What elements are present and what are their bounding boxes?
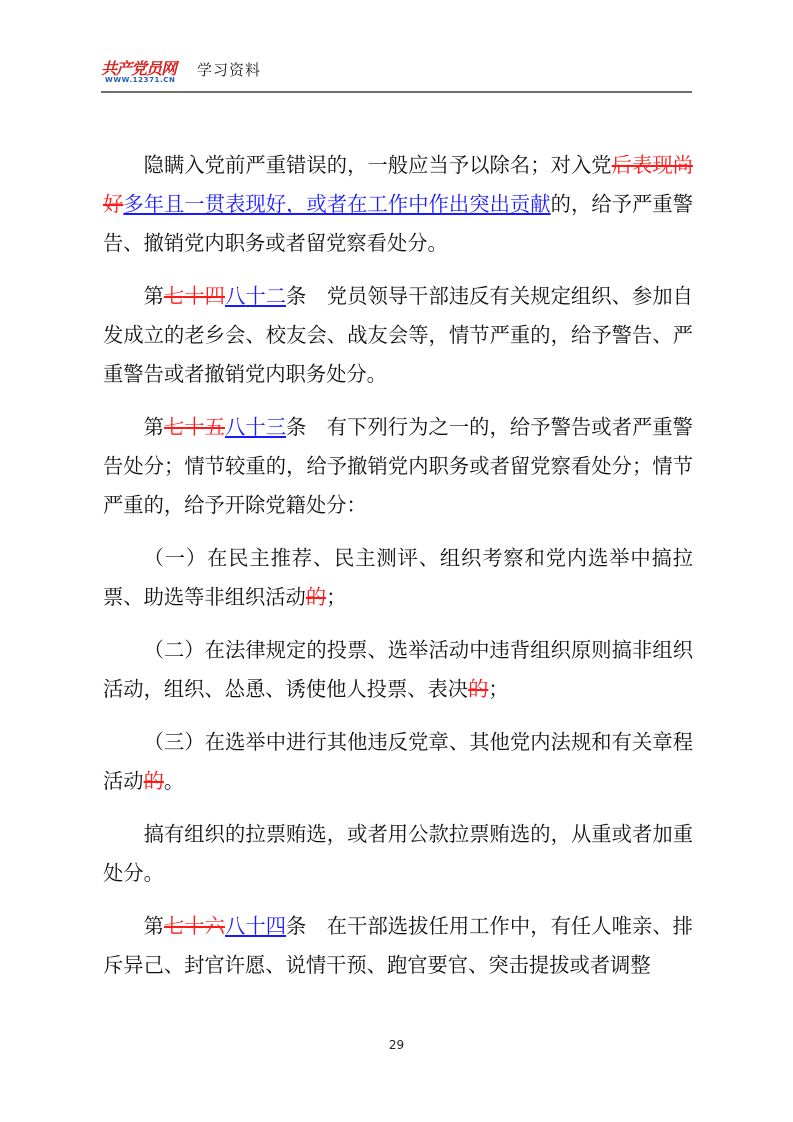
inserted-article-number: 八十三 [225,415,286,439]
deleted-article-number: 七十六 [164,914,225,938]
article-82: 第七十四八十二条 党员领导干部违反有关规定组织、参加自发成立的老乡会、校友会、战… [103,277,693,394]
deleted-article-number: 七十四 [164,284,225,308]
document-body: 隐瞒入党前严重错误的，一般应当予以除名；对入党后表现尚好多年且一贯表现好，或者在… [103,146,693,999]
text-run: ； [326,585,346,609]
text-run: 。 [164,769,184,793]
page-number: 29 [0,1038,793,1052]
text-run: （二）在法律规定的投票、选举活动中违背组织原则搞非组织活动，组织、怂恿、诱使他人… [103,638,693,701]
deleted-text: 的 [144,769,164,793]
paragraph: 搞有组织的拉票贿选，或者用公款拉票贿选的，从重或者加重处分。 [103,815,693,893]
list-item-2: （二）在法律规定的投票、选举活动中违背组织原则搞非组织活动，组织、怂恿、诱使他人… [103,631,693,709]
article-84: 第七十六八十四条 在干部选拔任用工作中，有任人唯亲、排斥异己、封官许愿、说情干预… [103,907,693,985]
deleted-article-number: 七十五 [164,415,225,439]
header-divider [101,91,692,93]
text-run: 第 [144,914,164,938]
article-83: 第七十五八十三条 有下列行为之一的，给予警告或者严重警告处分；情节较重的，给予撤… [103,408,693,525]
list-item-3: （三）在选举中进行其他违反党章、其他党内法规和有关章程活动的。 [103,723,693,801]
text-run: 第 [144,415,164,439]
site-logo: 共产党员网 WWW.12371.CN [101,56,193,90]
list-item-1: （一）在民主推荐、民主测评、组织考察和党内选举中搞拉票、助选等非组织活动的； [103,539,693,617]
paragraph: 隐瞒入党前严重错误的，一般应当予以除名；对入党后表现尚好多年且一贯表现好，或者在… [103,146,693,263]
text-run: （一）在民主推荐、民主测评、组织考察和党内选举中搞拉票、助选等非组织活动 [103,546,693,609]
inserted-article-number: 八十二 [225,284,286,308]
text-run: （三）在选举中进行其他违反党章、其他党内法规和有关章程活动 [103,730,693,793]
inserted-article-number: 八十四 [225,914,286,938]
deleted-text: 的 [468,677,488,701]
text-run: ； [488,677,508,701]
inserted-text: 多年且一贯表现好，或者在工作中作出突出贡献 [123,192,550,216]
logo-url: WWW.12371.CN [105,76,175,84]
header-title: 学习资料 [197,59,261,80]
text-run: 搞有组织的拉票贿选，或者用公款拉票贿选的，从重或者加重处分。 [103,822,693,885]
page-header: 共产党员网 WWW.12371.CN 学习资料 [101,56,692,94]
deleted-text: 的 [306,585,326,609]
text-run: 第 [144,284,164,308]
text-run: 隐瞒入党前严重错误的，一般应当予以除名；对入党 [144,153,612,177]
